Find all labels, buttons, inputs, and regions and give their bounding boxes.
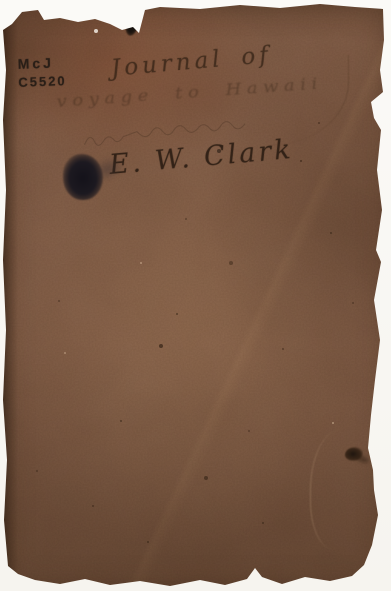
dark-spot-stain xyxy=(345,447,363,461)
crease-line-bottom xyxy=(310,430,371,550)
handwritten-title-line2: voyage to Hawaii xyxy=(56,73,323,111)
scanned-photo: { "photo": { "subject": "Weathered brown… xyxy=(0,0,391,591)
journal-cover: McJ C5520 Journalof voyage to Hawaii E. … xyxy=(0,0,391,591)
handwritten-title-line1: Journalof xyxy=(110,42,273,82)
call-number-line2: C5520 xyxy=(18,72,67,93)
ink-blot-stain xyxy=(63,154,103,200)
call-number-label: McJ C5520 xyxy=(17,52,67,93)
call-number-line1: McJ xyxy=(17,52,66,74)
